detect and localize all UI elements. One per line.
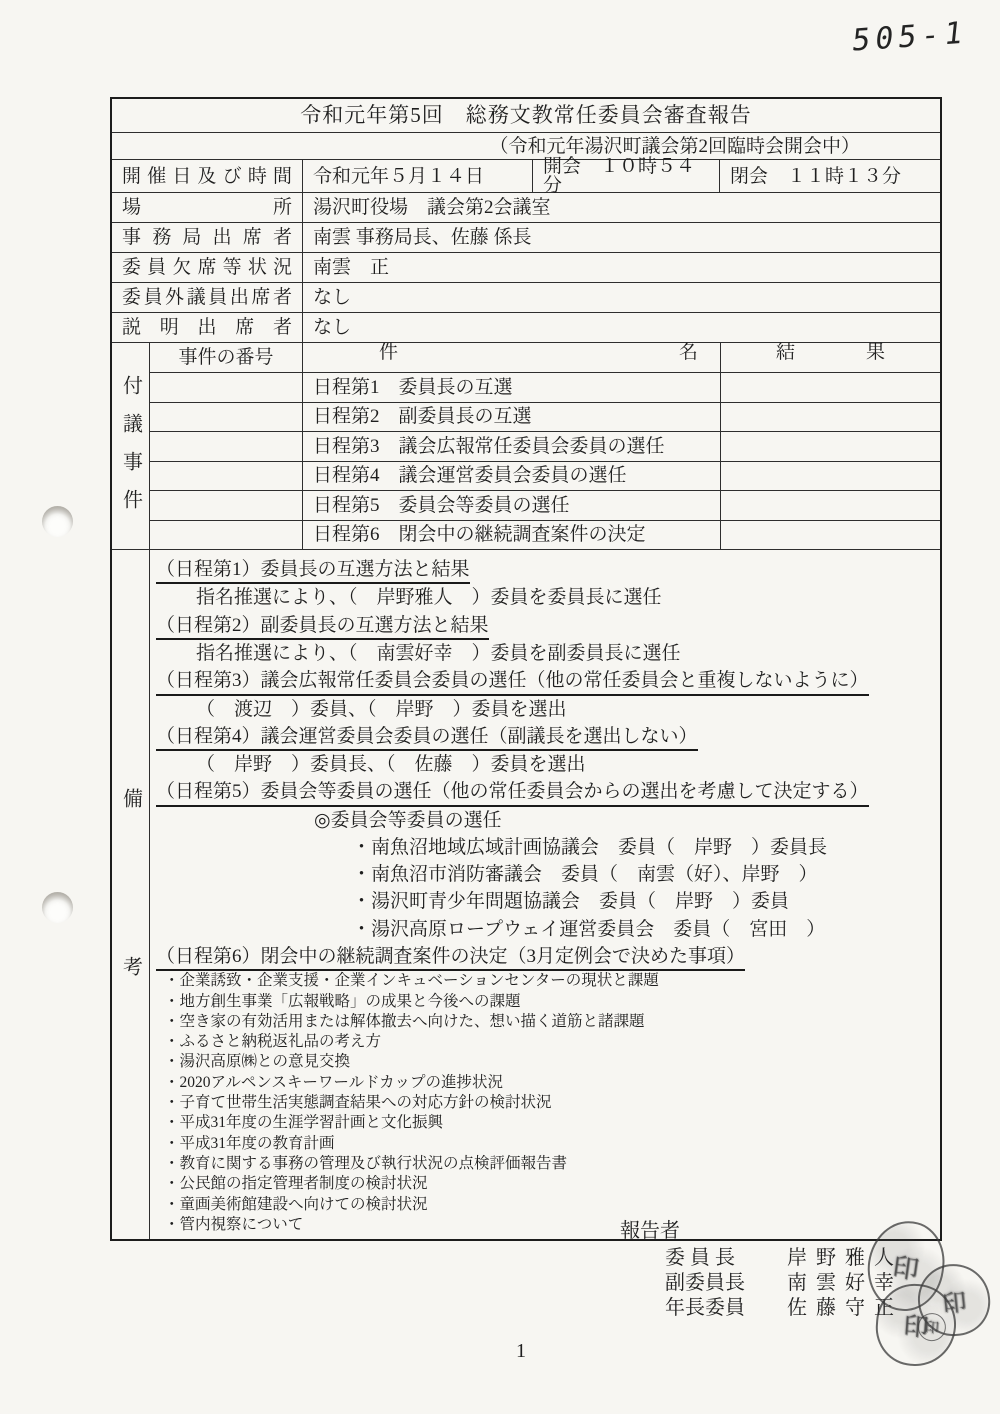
agenda-case-name: 日程第1 委員長の互選: [302, 373, 720, 402]
reporters-block: 報告者 委 員 長 岸 野 雅 人 副委員長 南 雲 好 幸 年長委員 佐 藤 …: [620, 1219, 896, 1321]
info-row: 説明出席者 なし: [112, 312, 940, 342]
punch-hole: [42, 892, 73, 923]
note-line: （日程第5）委員会等委員の選任（他の常任委員会からの選出を考慮して決定する）: [156, 778, 934, 806]
agenda-case-name: 日程第2 副委員長の互選: [302, 403, 720, 432]
punch-hole: [42, 506, 73, 537]
note-text: ・湯沢高原ロープウェイ運営委員会 委員（ 宮田 ）: [352, 919, 825, 941]
info-row: 委員欠席等状況 南雲 正: [112, 252, 940, 282]
note-text: （日程第6）閉会中の継続調査案件の決定（3月定例会で決めた事項）: [156, 946, 745, 971]
agenda-case-result: [720, 491, 940, 520]
note-text: （日程第5）委員会等委員の選任（他の常任委員会からの選出を考慮して決定する）: [156, 781, 869, 806]
continuing-survey-item: ・平成31年度の生涯学習計画と文化振興: [156, 1113, 934, 1133]
notes-content: （日程第1）委員長の互選方法と結果 指名推選により、（ 岸野雅人 ）委員を委員長…: [150, 550, 940, 1239]
note-line: （日程第6）閉会中の継続調査案件の決定（3月定例会で決めた事項）: [156, 943, 934, 971]
continuing-survey-item: ・空き家の有効活用または解体撤去へ向けた、想い描く道筋と諸課題: [156, 1012, 934, 1032]
info-value: 湯沢町役場 議会第2会議室: [302, 193, 940, 222]
report-subtitle-row: （令和元年湯沢町議会第2回臨時会開会中）: [112, 132, 940, 159]
note-text: （日程第3）議会広報常任委員会委員の選任（他の常任委員会と重複しないように）: [156, 670, 869, 695]
agenda-case-name: 日程第5 委員会等委員の選任: [302, 491, 720, 520]
info-label: 委員欠席等状況: [112, 258, 302, 277]
continuing-survey-item: ・企業誘致・企業支援・企業インキュベーションセンターの現状と課題: [156, 971, 934, 991]
agenda-header-row: 事件の番号 件名 結果: [150, 343, 940, 372]
agenda-case-result: [720, 373, 940, 402]
note-text: 指名推選により、（ 南雲好幸 ）委員を副委員長に選任: [196, 643, 681, 665]
note-text: ・南魚沼市消防審議会 委員（ 南雲（好）、岸野 ）: [352, 864, 818, 886]
reporter-row: 委 員 長 岸 野 雅 人: [665, 1246, 896, 1271]
agenda-table: 事件の番号 件名 結果 日程第1 委員長の互選 日程第2 副委員長の互選: [150, 343, 940, 549]
agenda-side-label-cell: 付議事件: [112, 343, 150, 549]
scanned-report-page: 505-1 令和元年第5回 総務文教常任委員会審査報告 （令和元年湯沢町議会第2…: [0, 0, 1000, 1414]
agenda-case-name: 日程第6 閉会中の継続調査案件の決定: [302, 521, 720, 550]
reporter-row: 副委員長 南 雲 好 幸: [665, 1271, 896, 1296]
note-line: ・南魚沼地域広域計画協議会 委員（ 岸野 ）委員長: [156, 834, 934, 861]
agenda-case-result: [720, 403, 940, 432]
info-row: 委員外議員出席者 なし: [112, 282, 940, 312]
note-line: ・南魚沼市消防審議会 委員（ 南雲（好）、岸野 ）: [156, 861, 934, 888]
note-text: ◎委員会等委員の選任: [314, 810, 502, 832]
report-table: 令和元年第5回 総務文教常任委員会審査報告 （令和元年湯沢町議会第2回臨時会開会…: [110, 97, 942, 1241]
info-label: 委員外議員出席者: [112, 288, 302, 307]
agenda-row: 日程第4 議会運営委員会委員の選任: [150, 461, 940, 491]
agenda-case-number: [150, 403, 302, 432]
continuing-survey-item: ・地方創生事業「広報戦略」の成果と今後への課題: [156, 992, 934, 1012]
agenda-case-number: [150, 373, 302, 402]
info-label: 説明出席者: [112, 318, 302, 337]
agenda-header-name: 件名: [302, 343, 720, 372]
agenda-row: 日程第6 閉会中の継続調査案件の決定: [150, 520, 940, 550]
agenda-row: 日程第3 議会広報常任委員会委員の選任: [150, 431, 940, 461]
agenda-case-result: [720, 462, 940, 491]
continuing-survey-item: ・教育に関する事務の管理及び執行状況の点検評価報告書: [156, 1154, 934, 1174]
note-text: （日程第4）議会運営委員会委員の選任（副議長を選出しない）: [156, 726, 698, 751]
agenda-case-number: [150, 491, 302, 520]
agenda-case-number: [150, 432, 302, 461]
agenda-row: 日程第5 委員会等委員の選任: [150, 490, 940, 520]
note-text: ・湯沢町青少年問題協議会 委員（ 岸野 ）委員: [352, 891, 789, 913]
session-label: 開催日及び時間: [112, 167, 302, 186]
info-label: 場所: [112, 198, 302, 217]
info-value: 南雲 正: [302, 253, 940, 282]
agenda-case-result: [720, 521, 940, 550]
report-title: 令和元年第5回 総務文教常任委員会審査報告: [290, 105, 762, 126]
session-close-time: 閉会 １１時１３分: [719, 160, 940, 192]
session-date: 令和元年５月１４日: [302, 160, 532, 192]
agenda-case-name: 日程第3 議会広報常任委員会委員の選任: [302, 432, 720, 461]
session-row: 開催日及び時間 令和元年５月１４日 開会 １０時５４分 閉会 １１時１３分: [112, 159, 940, 192]
info-row: 事務局出席者 南雲 事務局長、佐藤 係長: [112, 222, 940, 252]
report-subtitle: （令和元年湯沢町議会第2回臨時会開会中）: [479, 137, 940, 156]
note-line: 指名推選により、（ 岸野雅人 ）委員を委員長に選任: [156, 584, 934, 611]
info-value: 南雲 事務局長、佐藤 係長: [302, 223, 940, 252]
seal-glyph: 印: [891, 1246, 922, 1286]
continuing-survey-item: ・湯沢高原㈱との意見交換: [156, 1052, 934, 1072]
note-line: ・湯沢町青少年問題協議会 委員（ 岸野 ）委員: [156, 888, 934, 915]
note-text: （日程第1）委員長の互選方法と結果: [156, 559, 470, 584]
note-text: （ 岸野 ）委員長、（ 佐藤 ）委員を選出: [196, 754, 586, 776]
note-line: （日程第2）副委員長の互選方法と結果: [156, 612, 934, 640]
note-line: 指名推選により、（ 南雲好幸 ）委員を副委員長に選任: [156, 640, 934, 667]
agenda-case-name: 日程第4 議会運営委員会委員の選任: [302, 462, 720, 491]
note-line: （日程第1）委員長の互選方法と結果: [156, 556, 934, 584]
continuing-survey-item: ・童画美術館建設へ向けての検討状況: [156, 1195, 934, 1215]
note-text: ・南魚沼地域広域計画協議会 委員（ 岸野 ）委員長: [352, 837, 827, 859]
reporters-label: 報告者: [620, 1219, 896, 1244]
handwritten-document-number: 505-1: [850, 12, 1000, 59]
agenda-section: 付議事件 事件の番号 件名 結果 日程第1 委員長の互選: [112, 342, 940, 549]
note-text: 指名推選により、（ 岸野雅人 ）委員を委員長に選任: [196, 587, 662, 609]
notes-side-label: 備考: [121, 788, 141, 1124]
continuing-survey-item: ・平成31年度の教育計画: [156, 1134, 934, 1154]
continuing-survey-item: ・ふるさと納税返礼品の考え方: [156, 1032, 934, 1052]
note-line: （日程第4）議会運営委員会委員の選任（副議長を選出しない）: [156, 723, 934, 751]
note-text: （ 渡辺 ）委員、（ 岸野 ）委員を選出: [196, 699, 567, 721]
reporter-role: 年長委員: [665, 1296, 773, 1321]
session-open-time: 開会 １０時５４分: [532, 160, 719, 192]
continuing-survey-item: ・子育て世帯生活実態調査結果への対応方針の検討状況: [156, 1093, 934, 1113]
agenda-header-number: 事件の番号: [150, 348, 302, 367]
info-value: なし: [302, 313, 940, 342]
reporter-role: 委 員 長: [665, 1246, 773, 1271]
note-line: （ 岸野 ）委員長、（ 佐藤 ）委員を選出: [156, 751, 934, 778]
info-value: なし: [302, 283, 940, 312]
reporter-role: 副委員長: [665, 1271, 773, 1296]
note-line: ◎委員会等委員の選任: [156, 807, 934, 834]
agenda-row: 日程第2 副委員長の互選: [150, 402, 940, 432]
page-number: 1: [516, 1340, 526, 1363]
note-line: ・湯沢高原ロープウェイ運営委員会 委員（ 宮田 ）: [156, 916, 934, 943]
note-line: （ 渡辺 ）委員、（ 岸野 ）委員を選出: [156, 696, 934, 723]
continuing-survey-item: ・2020アルペンスキーワールドカップの進捗状況: [156, 1073, 934, 1093]
note-text: （日程第2）副委員長の互選方法と結果: [156, 615, 489, 640]
agenda-row: 日程第1 委員長の互選: [150, 372, 940, 402]
agenda-case-number: [150, 521, 302, 550]
continuing-survey-item: ・公民館の指定管理者制度の検討状況: [156, 1174, 934, 1194]
reporter-row: 年長委員 佐 藤 守 正: [665, 1296, 896, 1321]
info-label: 事務局出席者: [112, 228, 302, 247]
report-title-row: 令和元年第5回 総務文教常任委員会審査報告: [112, 99, 940, 132]
notes-side-label-cell: 備考: [112, 550, 150, 1239]
agenda-case-number: [150, 462, 302, 491]
agenda-case-result: [720, 432, 940, 461]
notes-section: 備考 （日程第1）委員長の互選方法と結果 指名推選により、（ 岸野雅人 ）委員を…: [112, 549, 940, 1239]
info-row: 場所 湯沢町役場 議会第2会議室: [112, 192, 940, 222]
agenda-header-result: 結果: [720, 343, 940, 372]
note-line: （日程第3）議会広報常任委員会委員の選任（他の常任委員会と重複しないように）: [156, 667, 934, 695]
agenda-side-label: 付議事件: [121, 375, 141, 527]
